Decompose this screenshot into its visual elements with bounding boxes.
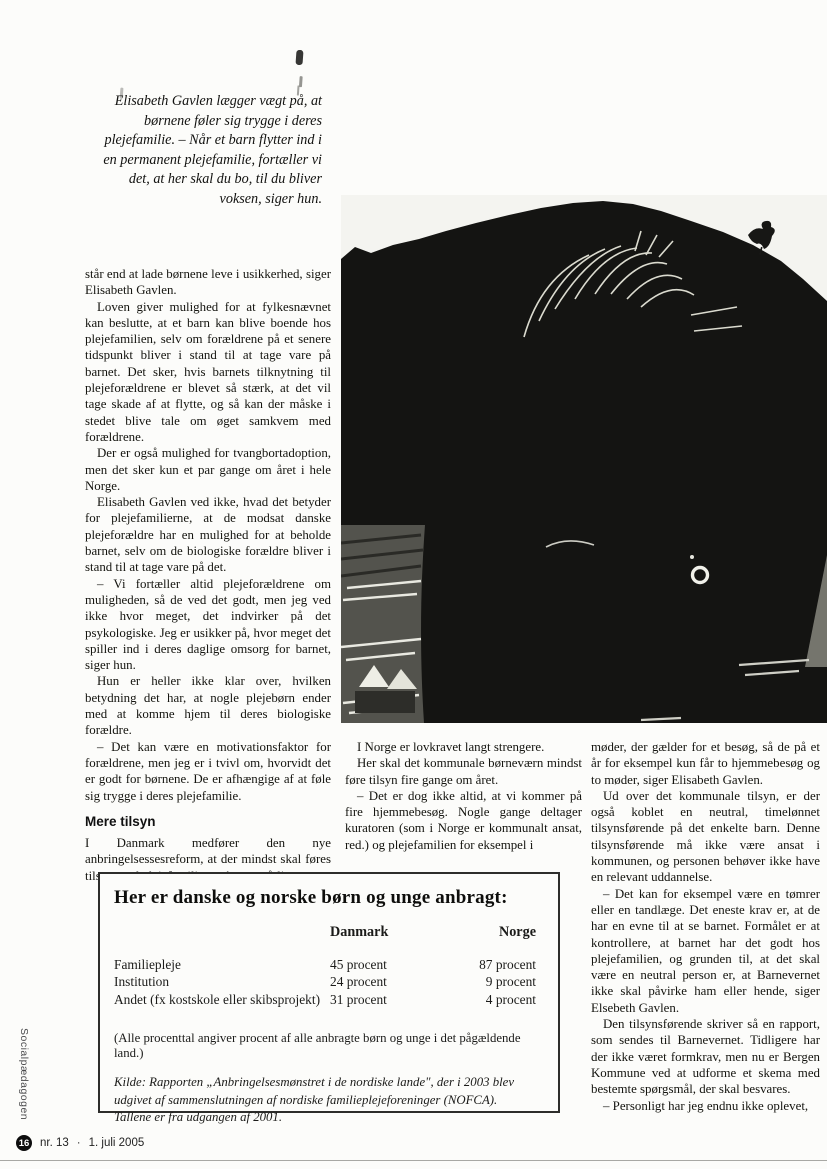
paragraph: Elisabeth Gavlen ved ikke, hvad det bety… (85, 494, 331, 575)
issue-date: 1. juli 2005 (89, 1137, 145, 1149)
paragraph: møder, der gælder for et besøg, så de på… (591, 739, 820, 788)
infobox-note: (Alle procenttal angiver procent af alle… (114, 1031, 536, 1061)
article-column-middle: I Norge er lovkravet langt strengere. He… (345, 739, 582, 853)
table-cell-danmark: 24 procent (330, 973, 446, 991)
article-column-left: står end at lade børnene leve i usikkerh… (85, 266, 331, 884)
subheading-mere-tilsyn: Mere tilsyn (85, 814, 331, 830)
magazine-page: Elisabeth Gavlen lægger vægt på, at børn… (0, 0, 827, 1169)
paragraph: Ud over det kommunale tilsyn, er der ogs… (591, 788, 820, 886)
table-cell-norge: 4 procent (446, 991, 536, 1009)
paragraph: – Det kan for eksempel være en tømrer el… (591, 886, 820, 1016)
photo-back-of-head-fjord (341, 195, 827, 723)
water-texture (341, 525, 425, 723)
footer-separator: · (77, 1137, 81, 1149)
paragraph: I Norge er lovkravet langt strengere. (345, 739, 582, 755)
infobox-title: Her er danske og norske børn og unge anb… (114, 887, 536, 909)
ink-smudge-mark (295, 50, 303, 65)
page-footer: 16 nr. 13 · 1. juli 2005 (16, 1135, 144, 1151)
table-row-label: Andet (fx kostskole eller skibsprojekt) (114, 991, 330, 1009)
paragraph: Den tilsynsførende skriver så en rapport… (591, 1016, 820, 1097)
paragraph: – Det kan være en motivationsfaktor for … (85, 739, 331, 804)
table-header-empty (114, 924, 330, 956)
table-cell-danmark: 31 procent (330, 991, 446, 1009)
magazine-name-vertical: Socialpædagogen (18, 1028, 30, 1150)
page-number-badge: 16 (16, 1135, 32, 1151)
issue-number: nr. 13 (40, 1137, 69, 1149)
paragraph: – Det er dog ikke altid, at vi kommer på… (345, 788, 582, 853)
paragraph: Loven giver mulighed for at fylkesnævnet… (85, 299, 331, 446)
infobox-source: Kilde: Rapporten „Anbringelsesmønstret i… (114, 1074, 536, 1126)
table-row-label: Institution (114, 973, 330, 991)
article-column-right: møder, der gælder for et besøg, så de på… (591, 739, 820, 1114)
intro-quote: Elisabeth Gavlen lægger vægt på, at børn… (96, 92, 322, 210)
table-cell-norge: 9 procent (446, 973, 536, 991)
paragraph: Her skal det kommunale børneværn mindst … (345, 755, 582, 788)
paragraph: står end at lade børnene leve i usikkerh… (85, 266, 331, 299)
table-cell-danmark: 45 procent (330, 956, 446, 974)
infobox-table: Danmark Norge Familiepleje 45 procent 87… (114, 924, 536, 1008)
paragraph: – Personligt har jeg endnu ikke oplevet, (591, 1098, 820, 1114)
photo-illustration (341, 195, 827, 723)
paragraph: Der er også mulighed for tvangbortadopti… (85, 445, 331, 494)
paragraph: Hun er heller ikke klar over, hvilken be… (85, 673, 331, 738)
earring-dot (690, 555, 694, 559)
bottom-rule (0, 1160, 827, 1161)
table-header-norge: Norge (446, 924, 536, 956)
table-cell-norge: 87 procent (446, 956, 536, 974)
paragraph: – Vi fortæller altid plejeforældrene om … (85, 576, 331, 674)
table-row-label: Familiepleje (114, 956, 330, 974)
table-header-danmark: Danmark (330, 924, 446, 956)
statistics-infobox: Her er danske og norske børn og unge anb… (98, 872, 560, 1113)
